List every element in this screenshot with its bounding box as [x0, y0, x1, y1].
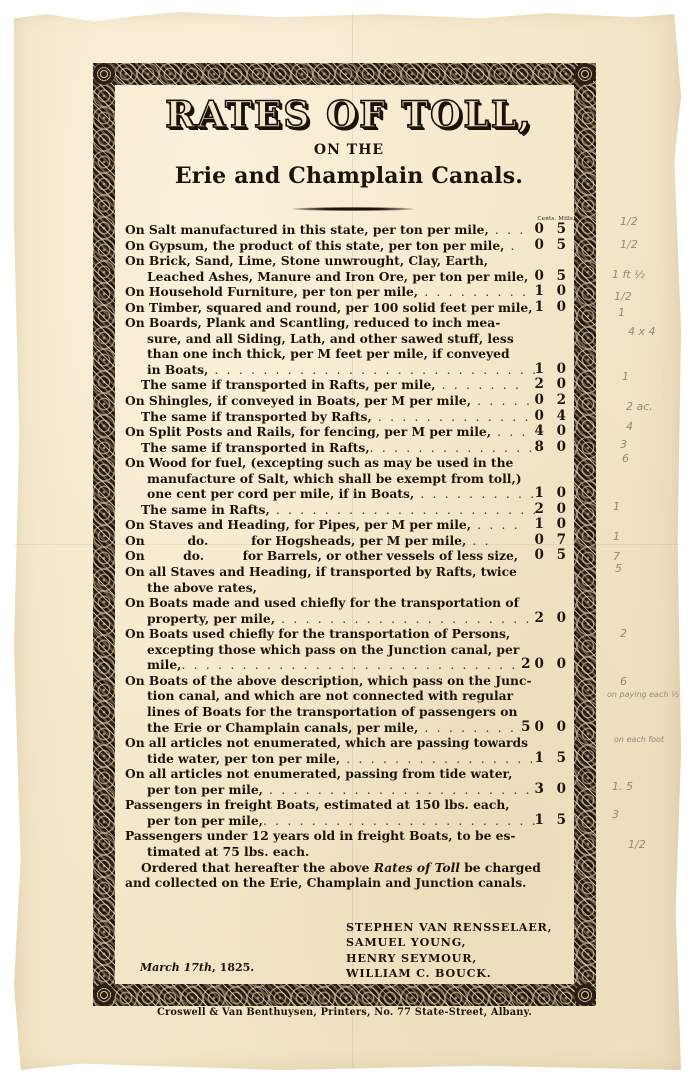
rate-description: Passengers in freight Boats, estimated a… [125, 797, 510, 812]
toll-rate-row: excepting those which pass on the Juncti… [125, 642, 570, 658]
toll-rate-row: On Boats made and used chiefly for the t… [125, 595, 570, 611]
rate-value: 2 0 [535, 502, 571, 518]
toll-rate-row: one cent per cord per mile, if in Boats,… [125, 486, 570, 502]
toll-rate-row: per ton per mile,. . . . . . . . . . . .… [125, 813, 570, 829]
toll-rate-row: On do. for Barrels, or other vessels of … [125, 548, 570, 564]
rate-value: 0 2 [535, 393, 571, 409]
pencil-note: 4 [626, 420, 633, 433]
rate-description: On Timber, squared and round, per 100 so… [125, 300, 532, 315]
pencil-note: 2 [620, 627, 627, 640]
rate-description: one cent per cord per mile, if in Boats, [147, 486, 414, 501]
toll-rate-row: The same if transported in Rafts,. . . .… [125, 440, 570, 456]
toll-rate-row: On all articles not enumerated, passing … [125, 766, 570, 782]
rate-value [536, 642, 570, 658]
pencil-note: 1 ft ½ [612, 268, 645, 281]
rate-value: 8 0 [535, 440, 571, 456]
rate-description: Leached Ashes, Manure and Iron Ore, per … [147, 269, 528, 284]
rate-description: On Boats made and used chiefly for the t… [125, 595, 519, 610]
toll-rate-row: tide water, per ton per mile, . . . . . … [125, 751, 570, 767]
rate-description: The same if transported by Rafts, [141, 409, 372, 424]
rate-description: On do. for Hogsheads, per M per mile, [125, 533, 466, 548]
rate-value: 2 0 [535, 611, 571, 627]
rate-description: manufacture of Salt, which shall be exem… [147, 471, 522, 486]
toll-rate-row: On Shingles, if conveyed in Boats, per M… [125, 393, 570, 409]
pencil-note: 1/2 [620, 215, 638, 228]
toll-rate-row: On Salt manufactured in this state, per … [125, 222, 570, 238]
toll-rate-row: the Erie or Champlain canals, per mile, … [125, 720, 570, 736]
signer-name: SAMUEL YOUNG, [346, 935, 576, 950]
rate-value [536, 844, 570, 860]
toll-rate-row: On Household Furniture, per ton per mile… [125, 284, 570, 300]
document-title: RATES OF TOLL, [118, 95, 580, 135]
rate-value: 0 5 [535, 238, 571, 254]
pencil-note: 1/2 [614, 290, 632, 303]
rate-description: timated at 75 lbs. each. [147, 844, 309, 859]
rate-value: 0 7 [535, 533, 571, 549]
rate-description: per ton per mile, [147, 813, 263, 828]
toll-rate-row: On Boats of the above description, which… [125, 673, 570, 689]
issue-date: March 17th, 1825. [140, 961, 254, 974]
rate-description: tion canal, and which are not connected … [147, 688, 513, 703]
rate-value [536, 673, 570, 689]
toll-rate-row: mile,. . . . . . . . . . . . . . . . . .… [125, 657, 570, 673]
dot-leader: . . [466, 534, 490, 548]
toll-rate-row: On Staves and Heading, for Pipes, per M … [125, 517, 570, 533]
rate-value [536, 455, 570, 471]
pencil-note: 4 x 4 [628, 325, 656, 338]
order-statement: Ordered that hereafter the above Rates o… [125, 860, 570, 891]
rate-description: On Household Furniture, per ton per mile… [125, 284, 418, 299]
rate-value: 0 5 [535, 222, 571, 238]
rate-value [536, 735, 570, 751]
dot-leader: . . . . [471, 518, 520, 532]
rate-value: 1 0 [535, 362, 571, 378]
pencil-note: 1 [622, 370, 629, 383]
rate-description: The same in Rafts, [141, 502, 270, 517]
toll-rate-row: per ton per mile, . . . . . . . . . . . … [125, 782, 570, 798]
rate-value: 0 4 [535, 409, 571, 425]
pencil-note: on each foot [614, 735, 664, 744]
rate-value [536, 595, 570, 611]
pencil-note: 6 [622, 452, 629, 465]
pencil-note: 1 [613, 500, 620, 513]
pencil-note: 1/2 [628, 838, 646, 851]
rate-description: The same if transported in Rafts, [141, 440, 370, 455]
rate-description: The same if transported in Rafts, per mi… [141, 377, 436, 392]
toll-rate-row: in Boats, . . . . . . . . . . . . . . . … [125, 362, 570, 378]
toll-rate-row: On Boats used chiefly for the transporta… [125, 626, 570, 642]
dot-leader: . . . . . . . . . . . . . . . . . . . . … [275, 612, 534, 626]
rate-value [536, 471, 570, 487]
toll-rate-row: The same if transported by Rafts, . . . … [125, 409, 570, 425]
rate-description: property, per mile, [147, 611, 275, 626]
dot-leader: . . . . . . . . . . . . . . . . . . . . … [208, 363, 534, 377]
toll-rate-list: On Salt manufactured in this state, per … [125, 222, 570, 859]
toll-rate-row: timated at 75 lbs. each. [125, 844, 570, 860]
toll-rate-row: than one inch thick, per M feet per mile… [125, 346, 570, 362]
rate-description: in Boats, [147, 362, 208, 377]
rate-description: sure, and all Siding, Lath, and other sa… [147, 331, 514, 346]
rate-description: On Gypsum, the product of this state, pe… [125, 238, 504, 253]
toll-rate-row: On all Staves and Heading, if transporte… [125, 564, 570, 580]
rate-description: On all articles not enumerated, which ar… [125, 735, 528, 750]
rate-value: 1 0 [535, 284, 571, 300]
rate-value: 1 0 [535, 300, 571, 316]
rate-description: On Brick, Sand, Lime, Stone unwrought, C… [125, 253, 488, 268]
rate-description: tide water, per ton per mile, [147, 751, 340, 766]
pencil-note: 3 [620, 438, 627, 451]
italic-rates-of-toll: Rates of Toll [374, 860, 460, 875]
toll-rate-row: The same in Rafts, . . . . . . . . . . .… [125, 502, 570, 518]
subtitle-canals: Erie and Champlain Canals. [118, 163, 580, 189]
border-corner-rosette-icon [574, 984, 596, 1006]
dot-leader: . . . . . . . . . . . . . . . . . . . . … [181, 658, 521, 672]
toll-rate-row: lines of Boats for the transportation of… [125, 704, 570, 720]
rate-value: 3 0 [535, 782, 571, 798]
pencil-note: on paying each ½ [607, 690, 679, 699]
rate-description: On all articles not enumerated, passing … [125, 766, 512, 781]
rate-value [536, 626, 570, 642]
toll-rate-row: On Boards, Plank and Scantling, reduced … [125, 315, 570, 331]
rate-value: 4 0 [535, 424, 571, 440]
border-corner-rosette-icon [574, 63, 596, 85]
toll-rate-row: The same if transported in Rafts, per mi… [125, 377, 570, 393]
rate-description: lines of Boats for the transportation of… [147, 704, 517, 719]
dot-leader: . . . . . . . . . . . . . . [370, 441, 535, 455]
rate-value [536, 688, 570, 704]
printer-imprint: Croswell & Van Benthuysen, Printers, No.… [93, 1007, 596, 1018]
rate-value: 20 0 [521, 657, 570, 673]
dot-leader: . . . . . [471, 394, 532, 408]
rate-value [536, 315, 570, 331]
rate-value: 1 0 [535, 517, 571, 533]
dot-leader: . [504, 239, 516, 253]
order-line-2: and collected on the Erie, Champlain and… [125, 875, 570, 891]
border-corner-rosette-icon [93, 984, 115, 1006]
rate-value: 0 5 [535, 269, 571, 285]
rate-description: On Staves and Heading, for Pipes, per M … [125, 517, 471, 532]
rate-value [536, 797, 570, 813]
rate-value [536, 704, 570, 720]
dot-leader: . . . . . . . [436, 378, 522, 392]
rate-value: 50 0 [521, 720, 570, 736]
rate-value [536, 580, 570, 596]
signer-name: HENRY SEYMOUR, [346, 951, 576, 966]
signer-name: WILLIAM C. BOUCK. [346, 966, 576, 981]
decorative-rule [292, 207, 414, 211]
rate-description: On Boats of the above description, which… [125, 673, 532, 688]
dot-leader: . . . . . . . . . . [418, 285, 534, 299]
rate-value [536, 828, 570, 844]
toll-rate-row: Passengers in freight Boats, estimated a… [125, 797, 570, 813]
rate-description: per ton per mile, [147, 782, 263, 797]
subtitle-on-the: ON THE [118, 142, 580, 158]
toll-rate-row: On Split Posts and Rails, for fencing, p… [125, 424, 570, 440]
pencil-note: 2 ac. [626, 400, 653, 413]
rate-value: 1 5 [535, 751, 571, 767]
rate-description: On do. for Barrels, or other vessels of … [125, 548, 518, 563]
rate-description: On Boats used chiefly for the transporta… [125, 626, 510, 641]
toll-rate-row: On Wood for fuel, (excepting such as may… [125, 455, 570, 471]
dot-leader: . . . [489, 223, 526, 237]
rate-description: On Split Posts and Rails, for fencing, p… [125, 424, 491, 439]
rate-description: the Erie or Champlain canals, per mile, [147, 720, 418, 735]
rate-value: 2 0 [535, 377, 571, 393]
rate-description: than one inch thick, per M feet per mile… [147, 346, 510, 361]
border-corner-rosette-icon [93, 63, 115, 85]
rate-value: 1 0 [535, 486, 571, 502]
toll-rate-row: On do. for Hogsheads, per M per mile, . … [125, 533, 570, 549]
rate-description: the above rates, [147, 580, 257, 595]
toll-rate-row: manufacture of Salt, which shall be exem… [125, 471, 570, 487]
order-line-1: Ordered that hereafter the above Rates o… [125, 860, 570, 876]
rate-value [536, 766, 570, 782]
signer-name: STEPHEN VAN RENSSELAER, [346, 920, 576, 935]
dot-leader: . . . . . . . . . . . . . . . . . . . . … [263, 783, 535, 797]
rate-description: On Boards, Plank and Scantling, reduced … [125, 315, 500, 330]
pencil-note: 1 [618, 306, 625, 319]
toll-rate-row: On Timber, squared and round, per 100 so… [125, 300, 570, 316]
signatories: STEPHEN VAN RENSSELAER, SAMUEL YOUNG, HE… [346, 920, 576, 981]
rate-value [536, 253, 570, 269]
toll-rate-row: Leached Ashes, Manure and Iron Ore, per … [125, 269, 570, 285]
pencil-note: 1/2 [620, 238, 638, 251]
rate-value [536, 331, 570, 347]
toll-rate-row: tion canal, and which are not connected … [125, 688, 570, 704]
toll-rate-row: property, per mile, . . . . . . . . . . … [125, 611, 570, 627]
rate-value: 0 5 [535, 548, 571, 564]
toll-rate-row: sure, and all Siding, Lath, and other sa… [125, 331, 570, 347]
rate-description: On Shingles, if conveyed in Boats, per M… [125, 393, 471, 408]
rate-description: On all Staves and Heading, if transporte… [125, 564, 517, 579]
dot-leader: . . . . . . . . . . [414, 487, 534, 501]
dot-leader: . . . . . . . . . . . . . . [372, 410, 535, 424]
pencil-note: 3 [612, 808, 619, 821]
rate-value [536, 564, 570, 580]
pencil-note: 1. 5 [612, 780, 633, 793]
pencil-note: 1 [613, 530, 620, 543]
dot-leader: . . . . . . . . . . . . . . . . . . . . … [270, 503, 535, 517]
rate-description: On Salt manufactured in this state, per … [125, 222, 489, 237]
rate-value: 1 5 [535, 813, 571, 829]
dot-leader: . . . [491, 425, 528, 439]
dot-leader: . . . . . . . . . . . . . . . . . [340, 752, 534, 766]
dot-leader: . . . . . . . . [418, 721, 516, 735]
toll-rate-row: the above rates, [125, 580, 570, 596]
rate-description: On Wood for fuel, (excepting such as may… [125, 455, 513, 470]
dot-leader: . . . . . . . . . . . . . . . . . . . . … [263, 814, 535, 828]
toll-rate-row: On Brick, Sand, Lime, Stone unwrought, C… [125, 253, 570, 269]
pencil-note: 5 [615, 562, 622, 575]
pencil-note: 6 [620, 675, 627, 688]
rate-value [536, 346, 570, 362]
rate-description: excepting those which pass on the Juncti… [147, 642, 519, 657]
rate-description: Passengers under 12 years old in freight… [125, 828, 516, 843]
rate-description: mile, [147, 657, 181, 672]
toll-rate-row: On all articles not enumerated, which ar… [125, 735, 570, 751]
toll-rate-row: On Gypsum, the product of this state, pe… [125, 238, 570, 254]
toll-rate-row: Passengers under 12 years old in freight… [125, 828, 570, 844]
